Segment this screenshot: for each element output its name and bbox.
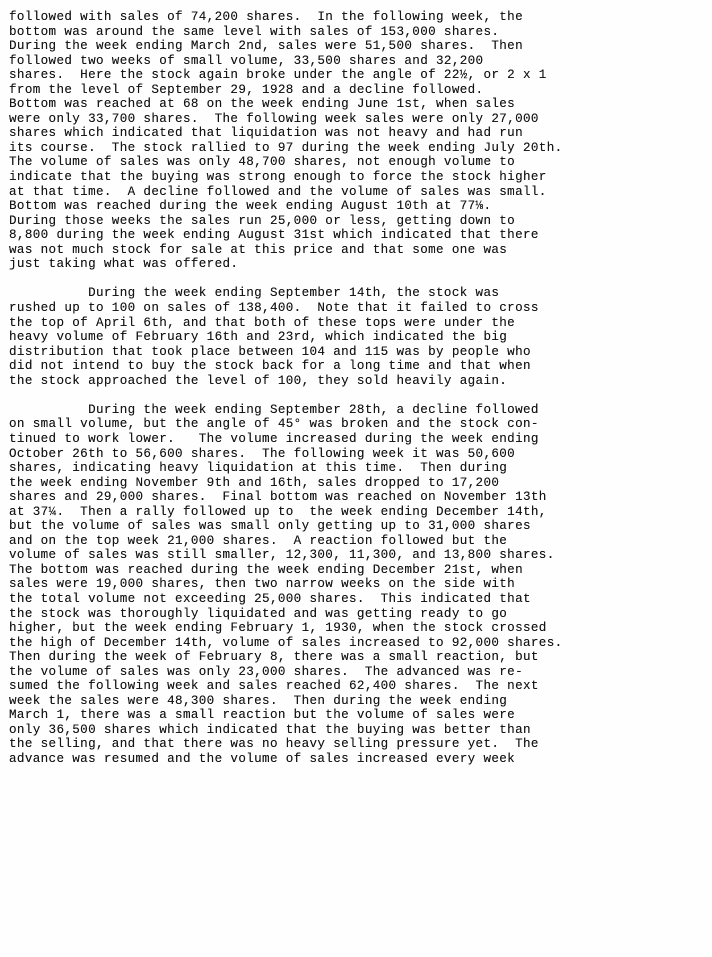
text-line: rushed up to 100 on sales of 138,400. No… <box>9 301 709 316</box>
text-line: was not much stock for sale at this pric… <box>9 243 709 258</box>
paragraph-2: During the week ending September 14th, t… <box>9 286 709 388</box>
text-line: followed with sales of 74,200 shares. In… <box>9 10 709 25</box>
text-line: October 26th to 56,600 shares. The follo… <box>9 447 709 462</box>
text-line: During the week ending September 14th, t… <box>9 286 709 301</box>
paragraph-1: followed with sales of 74,200 shares. In… <box>9 10 709 272</box>
text-line: were only 33,700 shares. The following w… <box>9 112 709 127</box>
text-line: Bottom was reached at 68 on the week end… <box>9 97 709 112</box>
text-line: The bottom was reached during the week e… <box>9 563 709 578</box>
text-line: 8,800 during the week ending August 31st… <box>9 228 709 243</box>
text-line: the week ending November 9th and 16th, s… <box>9 476 709 491</box>
text-line: volume of sales was still smaller, 12,30… <box>9 548 709 563</box>
text-line: shares and 29,000 shares. Final bottom w… <box>9 490 709 505</box>
text-line: indicate that the buying was strong enou… <box>9 170 709 185</box>
text-line: did not intend to buy the stock back for… <box>9 359 709 374</box>
text-line: The volume of sales was only 48,700 shar… <box>9 155 709 170</box>
text-line: March 1, there was a small reaction but … <box>9 708 709 723</box>
text-line: the volume of sales was only 23,000 shar… <box>9 665 709 680</box>
text-line: shares. Here the stock again broke under… <box>9 68 709 83</box>
text-line: followed two weeks of small volume, 33,5… <box>9 54 709 69</box>
text-line: the total volume not exceeding 25,000 sh… <box>9 592 709 607</box>
text-line: shares which indicated that liquidation … <box>9 126 709 141</box>
text-line: Bottom was reached during the week endin… <box>9 199 709 214</box>
text-line: tinued to work lower. The volume increas… <box>9 432 709 447</box>
text-line: at that time. A decline followed and the… <box>9 185 709 200</box>
text-line: higher, but the week ending February 1, … <box>9 621 709 636</box>
text-line: but the volume of sales was small only g… <box>9 519 709 534</box>
text-line: distribution that took place between 104… <box>9 345 709 360</box>
text-line: the high of December 14th, volume of sal… <box>9 636 709 651</box>
text-line: just taking what was offered. <box>9 257 709 272</box>
text-line: week the sales were 48,300 shares. Then … <box>9 694 709 709</box>
document-page: followed with sales of 74,200 shares. In… <box>0 0 712 957</box>
text-line: the selling, and that there was no heavy… <box>9 737 709 752</box>
text-line: only 36,500 shares which indicated that … <box>9 723 709 738</box>
text-line: sumed the following week and sales reach… <box>9 679 709 694</box>
text-line: on small volume, but the angle of 45° wa… <box>9 417 709 432</box>
text-line: During the week ending March 2nd, sales … <box>9 39 709 54</box>
text-line: the stock approached the level of 100, t… <box>9 374 709 389</box>
text-line: the stock was thoroughly liquidated and … <box>9 607 709 622</box>
text-line: bottom was around the same level with sa… <box>9 25 709 40</box>
text-line: advance was resumed and the volume of sa… <box>9 752 709 767</box>
text-line: Then during the week of February 8, ther… <box>9 650 709 665</box>
text-line: sales were 19,000 shares, then two narro… <box>9 577 709 592</box>
text-line: its course. The stock rallied to 97 duri… <box>9 141 709 156</box>
text-line: from the level of September 29, 1928 and… <box>9 83 709 98</box>
text-line: the top of April 6th, and that both of t… <box>9 316 709 331</box>
text-line: heavy volume of February 16th and 23rd, … <box>9 330 709 345</box>
typewritten-text: followed with sales of 74,200 shares. In… <box>9 10 709 767</box>
paragraph-3: During the week ending September 28th, a… <box>9 403 709 767</box>
text-line: During the week ending September 28th, a… <box>9 403 709 418</box>
text-line: and on the top week 21,000 shares. A rea… <box>9 534 709 549</box>
text-line: shares, indicating heavy liquidation at … <box>9 461 709 476</box>
text-line: at 37¼. Then a rally followed up to the … <box>9 505 709 520</box>
text-line: During those weeks the sales run 25,000 … <box>9 214 709 229</box>
